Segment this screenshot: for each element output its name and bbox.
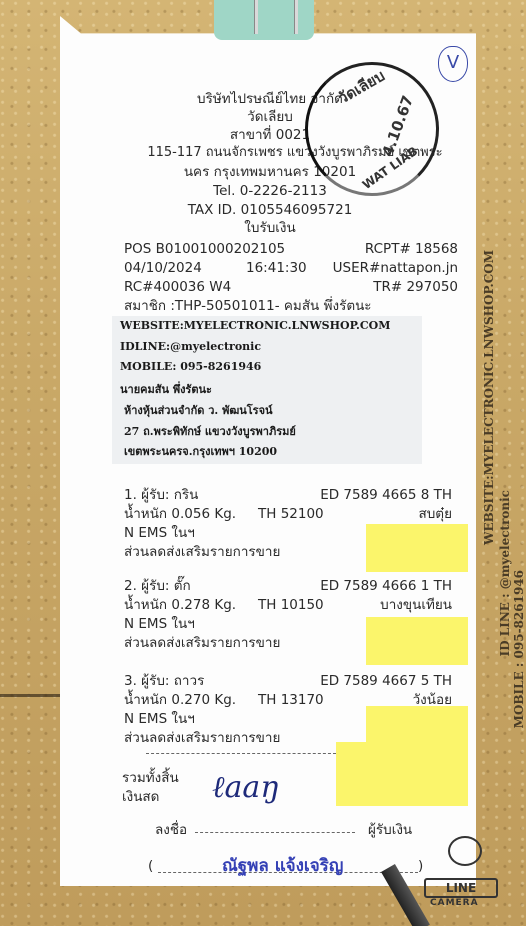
binder-clip	[214, 0, 314, 46]
sender-label-sticker: WEBSITE:MYELECTRONIC.LNWSHOP.COM IDLINE:…	[112, 316, 422, 464]
label-mobile: MOBILE: 095-8261946	[120, 360, 261, 373]
label-website: WEBSITE:MYELECTRONIC.LNWSHOP.COM	[120, 319, 390, 332]
item-recipient: 1. ผู้รับ: กริน	[124, 487, 198, 503]
receiver-label: ผู้รับเงิน	[368, 822, 412, 838]
item-postcode: TH 52100	[258, 506, 324, 522]
item-weight: น้ำหนัก 0.278 Kg.	[124, 597, 236, 613]
stamp-top: วัดเลียบ	[333, 64, 389, 110]
label-address: 27 ถ.พระพิทักษ์ แขวงวังบูรพาภิรมย์	[124, 422, 296, 440]
redaction-highlight	[366, 706, 468, 744]
signature: ℓaaŋ	[212, 770, 280, 805]
bear-icon	[448, 836, 482, 866]
redaction-highlight	[336, 742, 468, 806]
cash-label: เงินสด	[122, 789, 159, 805]
check-mark: V	[438, 46, 468, 82]
item-service: N EMS ในฯ	[124, 711, 195, 727]
time: 16:41:30	[246, 260, 307, 276]
item-discount: ส่วนลดส่งเสริมรายการขาย	[124, 635, 280, 651]
item-tracking: ED 7589 4666 1 TH	[300, 578, 452, 594]
label-city: เขตพระนครจ.กรุงเทพฯ 10200	[124, 442, 277, 460]
item-district: บางขุนเทียน	[340, 597, 452, 613]
redaction-highlight	[366, 617, 468, 665]
item-recipient: 2. ผู้รับ: ตั๊ก	[124, 578, 191, 594]
item-weight: น้ำหนัก 0.056 Kg.	[124, 506, 236, 522]
item-weight: น้ำหนัก 0.270 Kg.	[124, 692, 236, 708]
tr-number: TR# 297050	[330, 279, 458, 295]
postmark-stamp: วัดเลียบ 4.10.67 WAT LIAB	[305, 62, 439, 196]
item-recipient: 3. ผู้รับ: ถาวร	[124, 673, 204, 689]
open-paren: (	[148, 858, 153, 874]
member: สมาชิก :THP-50501011- คมสัน พึ่งรัตนะ	[124, 298, 372, 314]
item-service: N EMS ในฯ	[124, 525, 195, 541]
item-postcode: TH 13170	[258, 692, 324, 708]
sign-label: ลงชื่อ	[155, 822, 187, 838]
receipt-number: RCPT# 18568	[330, 241, 458, 257]
item-district: สบตุ๋ย	[360, 506, 452, 522]
tax-id: TAX ID. 0105546095721	[160, 202, 380, 218]
line-camera-watermark: LINE CAMERA	[420, 830, 500, 910]
separator-line	[146, 753, 336, 754]
item-tracking: ED 7589 4667 5 TH	[300, 673, 452, 689]
pos-id: POS B01001000202105	[124, 241, 285, 257]
signature-line	[195, 832, 355, 833]
item-discount: ส่วนลดส่งเสริมรายการขาย	[124, 730, 280, 746]
item-postcode: TH 10150	[258, 597, 324, 613]
redaction-highlight	[366, 524, 468, 572]
stamped-name: ณัฐพล แจ้งเจริญ	[222, 852, 343, 879]
bg-mobile: MOBILE : 095-8261946	[512, 570, 526, 728]
total-label: รวมทั้งสิ้น	[122, 770, 179, 786]
background-shipping-label: WEBSITE:MYELECTRONIC.LNWSHOP.COM ID LINE…	[478, 250, 526, 710]
label-company: ห้างหุ้นส่วนจำกัด ว. พัฒนโรจน์	[124, 401, 273, 419]
user: USER#nattapon.jn	[318, 260, 458, 276]
date: 04/10/2024	[124, 260, 202, 276]
watermark-brand: LINE	[424, 878, 498, 898]
label-idline: IDLINE:@myelectronic	[120, 340, 261, 353]
rc-number: RC#400036 W4	[124, 279, 231, 295]
item-service: N EMS ในฯ	[124, 616, 195, 632]
item-tracking: ED 7589 4665 8 TH	[300, 487, 452, 503]
label-name: นายคมสัน พึ่งรัตนะ	[120, 380, 212, 398]
document-title: ใบรับเงิน	[160, 220, 380, 236]
bg-idline: ID LINE : @myelectronic	[498, 490, 512, 656]
watermark-sub: CAMERA	[430, 898, 479, 908]
board-edge-line	[0, 694, 60, 697]
item-discount: ส่วนลดส่งเสริมรายการขาย	[124, 544, 280, 560]
bg-website: WEBSITE:MYELECTRONIC.LNWSHOP.COM	[482, 250, 496, 545]
